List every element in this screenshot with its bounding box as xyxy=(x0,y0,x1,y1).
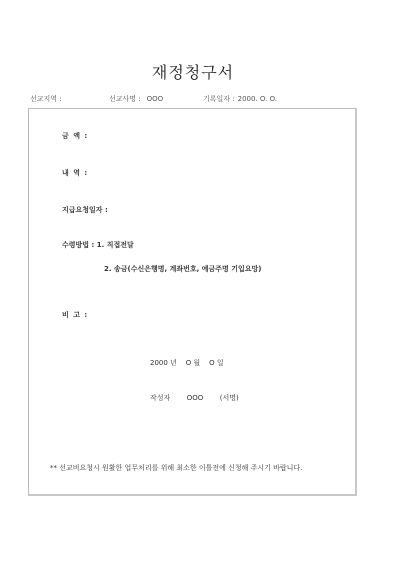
receipt-method: 수령방법 : 1. 직접전달 xyxy=(62,240,134,250)
author-name: OOO xyxy=(187,394,204,402)
record-date: 기록일자 :2000. O. O. xyxy=(203,94,277,104)
missionary-name: 선교사명 :OOO xyxy=(109,94,163,104)
request-note: ** 선교비요청시 원활한 업무처리를 위해 최소한 이틀전에 신청해 주시기 … xyxy=(50,463,302,473)
record-date-label: 기록일자 : xyxy=(203,95,235,103)
receipt-option-transfer: 2. 송금(수신은행명, 계좌번호, 예금주명 기입요망) xyxy=(104,264,261,274)
signature-date: 2000 년 O 월 O 일 xyxy=(150,358,224,368)
remarks-label: 비 고 : xyxy=(62,310,88,320)
author-label: 작성자 xyxy=(150,394,170,402)
receipt-method-label: 수령방법 : xyxy=(62,241,94,249)
record-date-value: 2000. O. O. xyxy=(238,95,277,103)
form-box xyxy=(28,108,357,496)
amount-label: 금 액 : xyxy=(62,131,88,141)
author-line: 작성자 OOO (서명) xyxy=(150,393,239,403)
document-title: 재정청구서 xyxy=(0,60,386,83)
mission-region-label: 선교지역 : xyxy=(30,94,62,104)
signature-label: (서명) xyxy=(220,394,239,402)
receipt-option-direct: 1. 직접전달 xyxy=(97,241,134,249)
request-date-label: 지급요청일자 : xyxy=(62,205,108,215)
missionary-name-value: OOO xyxy=(147,95,164,103)
details-label: 내 역 : xyxy=(62,168,88,178)
missionary-name-label: 선교사명 : xyxy=(109,95,141,103)
